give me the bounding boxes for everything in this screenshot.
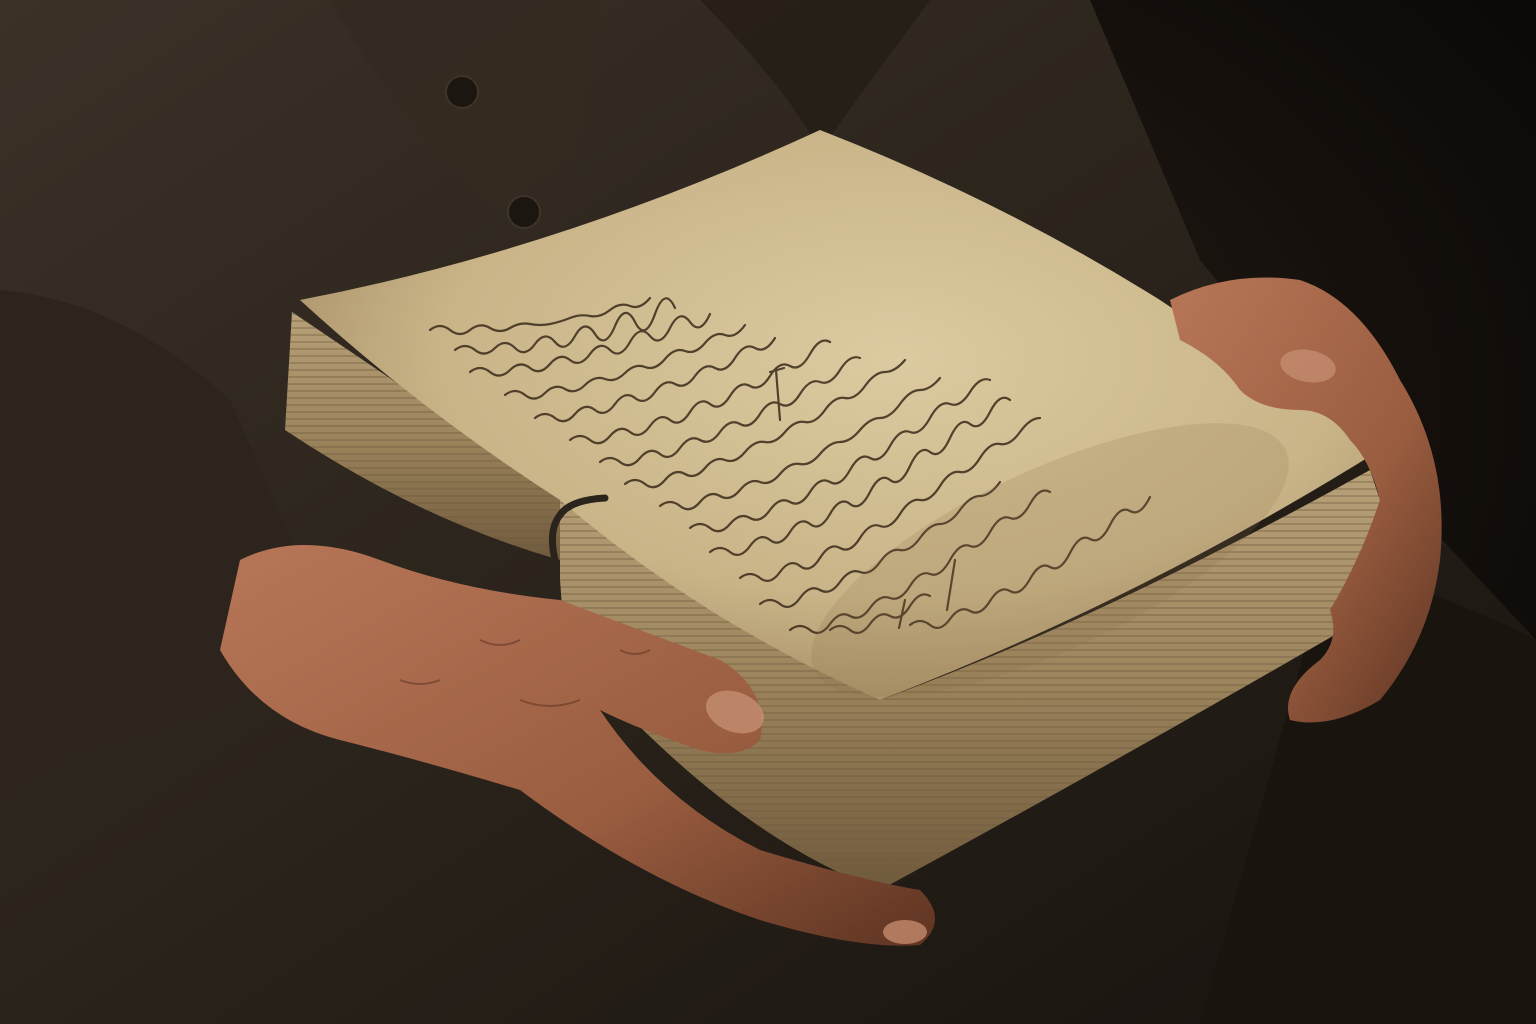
- photo-scene: [0, 0, 1536, 1024]
- manuscript-photo: [0, 0, 1536, 1024]
